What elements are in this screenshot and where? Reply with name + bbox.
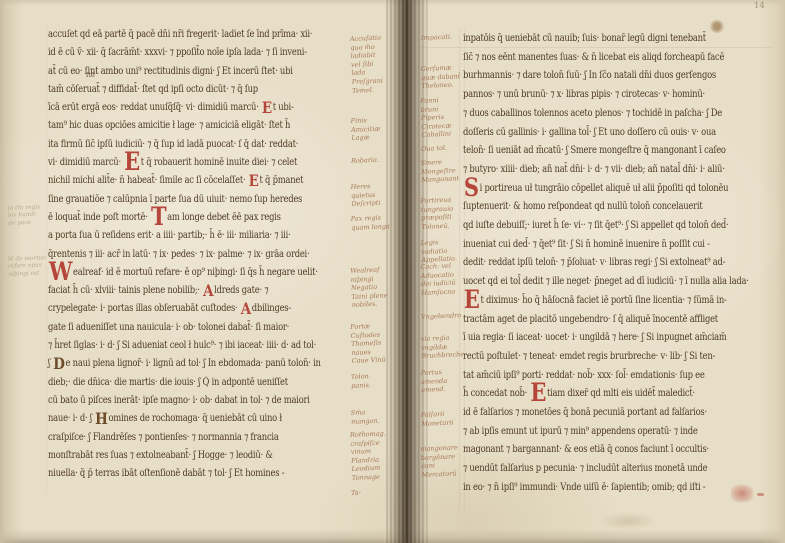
margin-annotation: Panni bruni Piperis Cirotecæ Caballini (420, 95, 466, 140)
manuscript-text-line: dieb;· die dn̄ica· die martis· die iouis… (48, 374, 302, 392)
margin-annotation: Falſarii Monetarii (421, 409, 466, 428)
manuscript-text-line: inpatōis q̄ ueniebāt cū nauib; ſuis· bon… (463, 30, 718, 49)
rubricated-initial: E (463, 296, 480, 304)
manuscript-text-line: q̄rentenis ⁊ iii· acr̄ in latū· ⁊ ix· pe… (48, 246, 302, 264)
manuscript-text-line: telon̄· ſi ueniāt ad m̄catū· ʃ Smere mon… (463, 142, 718, 161)
manuscript-text-line: Wealreaf· id ē mortuū refare· ē op⁹ niþi… (48, 264, 302, 282)
rubricated-initial: H (94, 415, 108, 423)
manuscript-text-line: ⁊ duos caballinos tolennos aceto plenos·… (463, 105, 718, 124)
manuscript-text-line: cū bato ū piſces inerāt· ipſe magno· i· … (48, 392, 302, 410)
margin-annotation: mangonare bargānare coni Mercatorū (420, 443, 465, 479)
manuscript-text-line: Si portireua uł tungrāio cōpellet aliquē… (463, 180, 718, 199)
margin-annotation: Ta- (351, 487, 393, 497)
smudge-stain (598, 512, 658, 530)
manuscript-text-line: ⁊ ab ipſis emunt ut ipurū ⁊ min⁹ appende… (463, 423, 718, 442)
manuscript-text-line: h̄ concedat nob̄· Etiam dixer̄ qd mlti e… (463, 385, 718, 404)
margin-annotation: Rothomag. craſpiſce vinum Flandria Leodi… (350, 429, 394, 482)
margin-annotation: Portæ Cuſtodes Thameſis naues Caue Vinū (350, 321, 394, 366)
folio-number: 14 (754, 1, 765, 11)
rubricated-initial: E (248, 177, 260, 185)
manuscript-text-line: ʃ De naui plena lignor̄· i· lignū ad tol… (48, 355, 302, 373)
interlinear-gloss: ſtē (86, 71, 95, 79)
margin-annotation: Sm̄a mangon. (351, 407, 394, 426)
manuscript-text-line: tat am̄ciū ipſi⁹ porti· reddat· nob̄· xx… (463, 367, 718, 386)
margin-annotation: Finis Amicitiæ Lagæ (350, 115, 393, 143)
manuscript-text-line: rectū poſtulet· ⁊ teneat· emdet regis br… (463, 348, 718, 367)
manuscript-text-line: tam⁹ hic duas opciōes amicitie ł lage· ⁊… (48, 117, 302, 135)
manuscript-text-line: tam̄ cōſeruat̄ ⁊ diffidat̄· ſtet qd ipſi… (48, 81, 302, 99)
manuscript-text-line: Et diximus· h̄o q̄ hāſocnā faciet iē por… (463, 292, 718, 311)
manuscript-text-line: ī uia regia· ſi iaceat· uocet· i· ungild… (463, 329, 718, 348)
manuscript-text-line: in eo· ⁊ n̄ ipſi⁹ immundi· Vnde uiſū ē· … (463, 479, 718, 498)
manuscript-text-line: ita firmū ſic̄ ipſū iudiciū· ⁊ q̄ ſup id… (48, 136, 302, 154)
manuscript-text-line: uocet qd ei tol̄ dedit ⁊ ille neget· p̄n… (463, 273, 718, 292)
rubricated-initial: T (150, 213, 167, 221)
margin-annotation: Pax regis quam longa (351, 213, 394, 232)
manuscript-text-line: qd iuſte debuiſſ;· iuret h̄ ſe· vi·· ⁊ ſ… (463, 217, 718, 236)
manuscript-text-line: crypelegate· i· portas illas obſeruabāt … (48, 300, 302, 318)
manuscript-text-line: tractām aget de placitō ungebendro· ſ q̄… (463, 311, 718, 330)
manuscript-text-line: vi· dimidiū marcū· Et q̄ robauerit homin… (48, 154, 302, 172)
margin-annotation: Robaria. (351, 155, 393, 165)
manuscript-text-line: ſic̄ ⁊ nos eēnt manentes ſuas· & n̄ lice… (463, 49, 718, 68)
manuscript-text-line: inueniat cui ded̄· ⁊ q̄et⁹ ſit· ʃ Si n̄ … (463, 236, 718, 255)
margin-annotation: via regia vngildæ Bruchbreche (420, 333, 465, 361)
manuscript-text-line: ⁊ uendūt falſarius p pecunia· ⁊ includūt… (463, 460, 718, 479)
margin-annotation: Tolon. panis. (351, 371, 394, 390)
manuscript-text-line: accuſet qd eā partē q̄ pacē dn̄i nr̄i fr… (48, 26, 302, 44)
left-page-text-block: accuſet qd eā partē q̄ pacē dn̄i nr̄i fr… (48, 26, 350, 483)
manuscript-text-line: monſtrabāt res ſuas ⁊ extolneabant̄· ʃ H… (48, 447, 302, 465)
manuscript-text-line: ſuptenuerit· & homo reſpondeat qd nullū … (463, 198, 718, 217)
manuscript-text-line: craſpiſce· ʃ Flandrēſes ⁊ pontienſes· ⁊ … (48, 429, 302, 447)
rubricated-initial: E (261, 104, 273, 112)
manuscript-text-line: gate ſi adueniſſet una nauicula· i· ob· … (48, 319, 302, 337)
margin-annotation: in tr̄a regis lex hundr. de pace (8, 204, 49, 228)
manuscript-text-line: a porta ſua ū reſidens erit· a iiii· par… (48, 227, 302, 245)
manuscript-text-line: dedit· reddat ipſū telon̄· ⁊ p̄ſoluat· v… (463, 254, 718, 273)
manuscript-text-line: niuella· q̄ p̄ terras ibāt oſtenſionē da… (48, 465, 302, 483)
manuscript-text-line: id ē falſarios ⁊ monetōes q̄ bonā pecuni… (463, 404, 718, 423)
manuscript-text-line: doſſeris cū gallinis· i· gallina tol̄· ʃ… (463, 124, 718, 143)
margin-annotation: Portireua tungrauio præpoſiti Toloneū. (420, 195, 465, 231)
manuscript-text-line: burhmannis· ⁊ dare tolon̄ ſuū· ʃ In ſc̄o… (463, 67, 718, 86)
manuscript-text-line: īcā erūt ergā eos· reddat unuſq̄ſq̄· vi·… (48, 99, 302, 117)
margin-annotation: Portus amenda emend. (420, 367, 465, 395)
rubricated-initial: D (52, 360, 65, 368)
margin-annotation: Gerſumæ quæ dabant̄ Theloneo. (420, 63, 465, 91)
manuscript-text-line: ſine grauatiōe ⁊ calūpnia ī parte ſua dū… (48, 191, 302, 209)
margin-annotation: Cach: vel Aduocatio dei iudiciū Hamſocna (420, 261, 465, 297)
margin-annotation: Smere Mongeſtre Mangonant (420, 157, 465, 185)
rubricated-initial: W (48, 268, 73, 276)
manuscript-text-line: magonant ⁊ bargannant· & eos etiā q̄ con… (463, 441, 718, 460)
manuscript-text-line: faciat h̄ cū· xlviii· tainis plene nobil… (48, 282, 302, 300)
manuscript-text-line: naue· i· d· ʃ Homines de rochomaga· q̄ u… (48, 410, 302, 428)
margin-annotation: Heres quietus Deſcripti (350, 181, 393, 209)
manuscript-text-line: ⁊ h̄ret ſiglas· i· d· ʃ Si adueniat ceol… (48, 337, 302, 355)
rubricated-initial: E (123, 158, 140, 166)
rubricated-initial: A (240, 305, 252, 313)
manuscript-text-line: id ē cū v̄· xii· q̄ ſacrām̄t· xxxvi· ⁊ p… (48, 44, 302, 62)
rubricated-initial: S (463, 184, 480, 192)
right-page-text-block: inpatōis q̄ ueniebāt cū nauib; ſuis· bon… (463, 30, 767, 498)
rubricated-initial: A (202, 287, 214, 295)
manuscript-text-line: ⁊ butyro· xiiii· dieb; añ nat̄ dn̄i· i· … (463, 161, 718, 180)
manuscript-text-line: pannos· ⁊ unū brunū· ⁊ x· libras pipis· … (463, 86, 718, 105)
manuscript-photo: accuſet qd eā partē q̄ pacē dn̄i nr̄i fr… (0, 0, 785, 543)
margin-annotation: Accuſatio quo m̄o ladiabit vel ſibi lada… (350, 33, 395, 95)
rubricated-initial: E (530, 389, 547, 397)
margin-annotation: W de mortuo refare opus niþingi est (8, 255, 49, 279)
manuscript-text-line: ē loquat̄ inde poſt mortē· Tam longe deb… (48, 209, 302, 227)
margin-annotation: Wealreaf niþingi Negatio Taini plene nob… (350, 265, 394, 310)
manuscript-text-line: nichil michi alit̄e· n̄ habeat̄· ſimile … (48, 172, 302, 190)
